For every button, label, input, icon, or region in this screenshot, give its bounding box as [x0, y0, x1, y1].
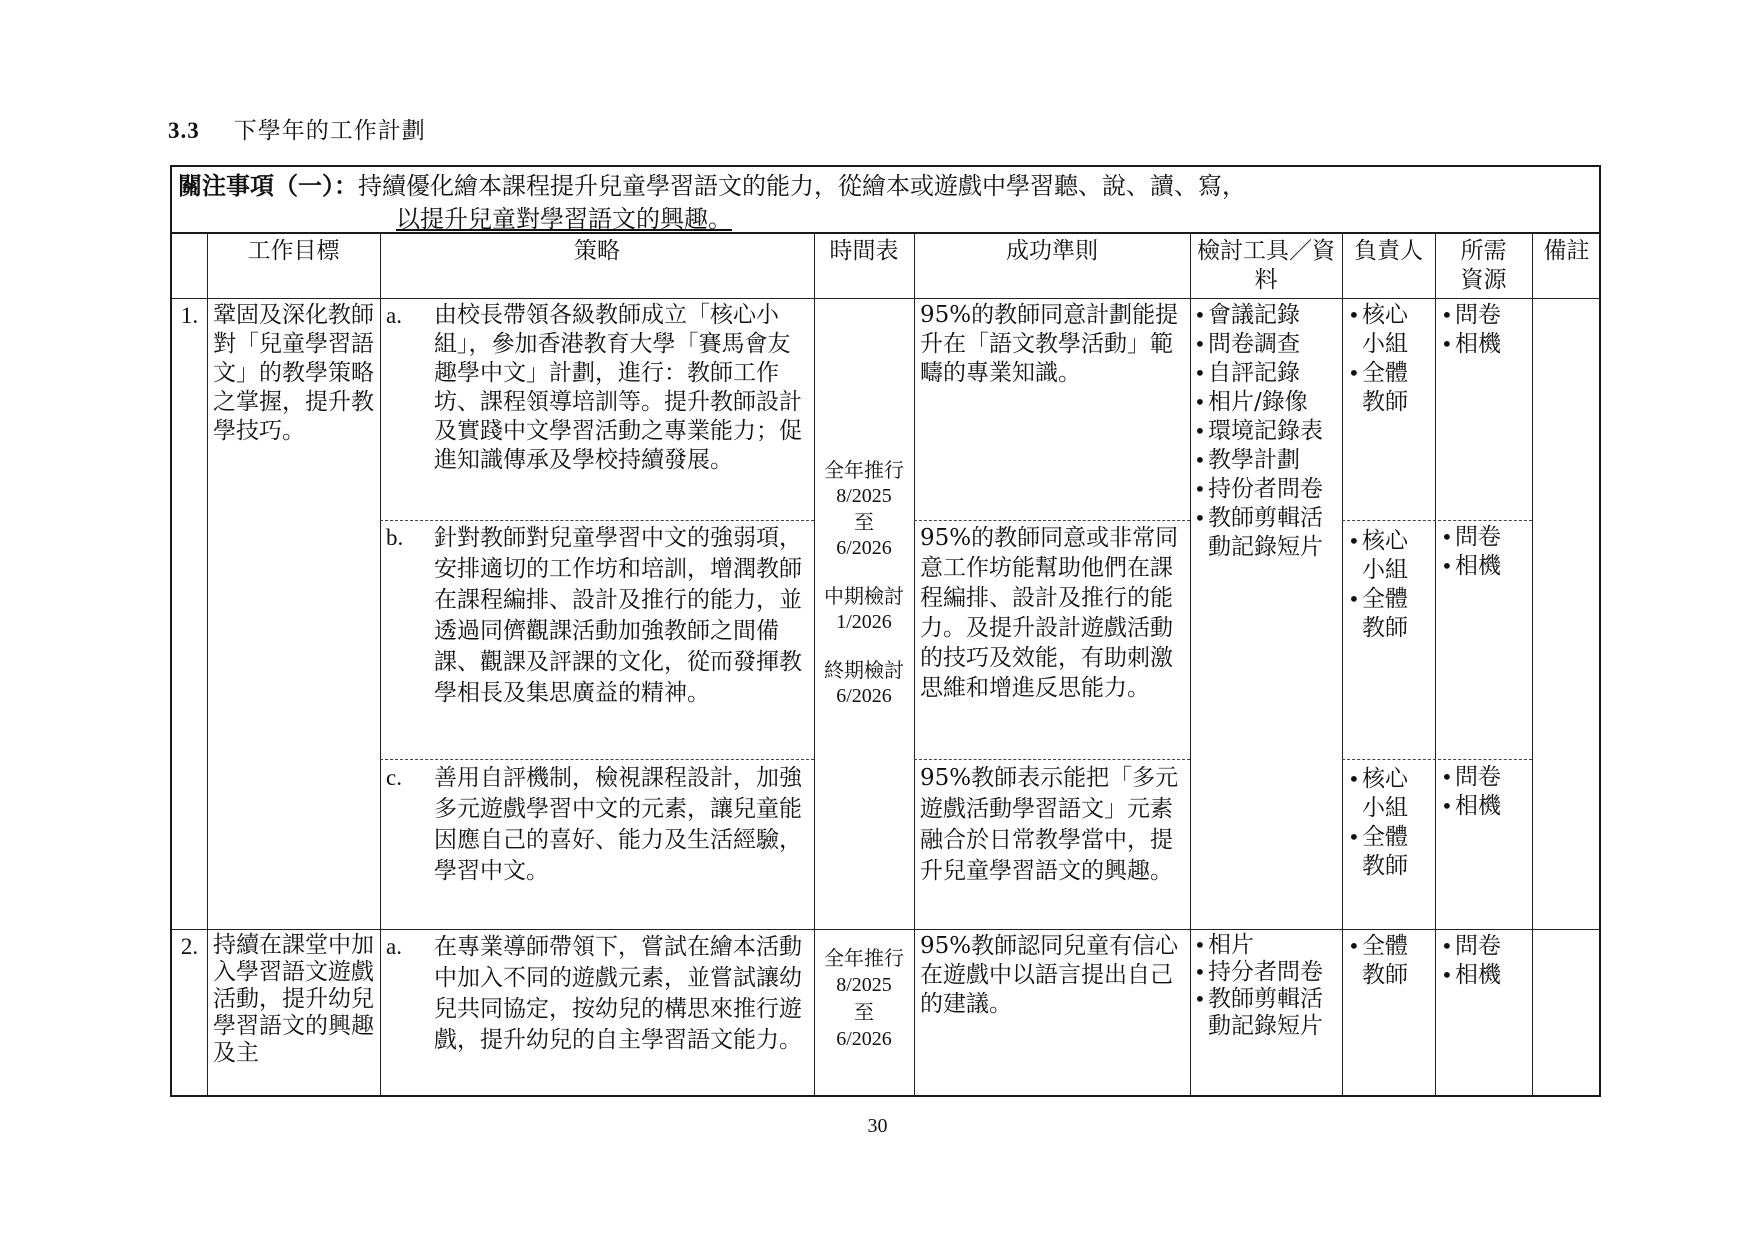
focus-item-line2: 以提升兒童對學習語文的興趣。 [396, 205, 732, 233]
tool-item: 問卷調查 [1194, 330, 1340, 359]
grid-line [1532, 234, 1533, 1097]
resource-item: 相機 [1441, 961, 1528, 990]
strategy-letter: c. [380, 763, 434, 887]
header-tools: 檢討工具／資料 [1190, 235, 1342, 298]
resources-cell: 問卷 相機 [1435, 301, 1532, 359]
header-resources: 所需資源 [1435, 235, 1532, 298]
tool-item: 相片/錄像 [1194, 388, 1340, 417]
resources-cell: 問卷 相機 [1435, 932, 1532, 990]
timeline-cell: 全年推行 8/2025 至 6/2026 [814, 945, 914, 1053]
header-goal: 工作目標 [207, 235, 380, 298]
success-criteria: 95%教師認同兒童有信心在遊戲中以語言提出自己的建議。 [914, 932, 1190, 1019]
strategy-item: b. 針對教師對兒童學習中文的強弱項，安排適切的工作坊和培訓，增潤教師在課程編排… [380, 523, 814, 709]
owner-cell: 核心小組 全體教師 [1342, 527, 1435, 643]
owner-cell: 核心小組 全體教師 [1342, 301, 1435, 417]
success-criteria: 95%教師表示能把「多元遊戲活動學習語文」元素融合於日常教學當中，提升兒童學習語… [914, 763, 1190, 887]
tool-item: 自評記錄 [1194, 359, 1340, 388]
owner-item: 全體教師 [1348, 359, 1421, 417]
tool-item: 教學計劃 [1194, 446, 1340, 475]
strategy-item: a. 在專業導師帶領下，嘗試在繪本活動中加入不同的遊戲元素，並嘗試讓幼兒共同協定… [380, 932, 814, 1056]
grid-line [914, 759, 1190, 760]
tool-item: 教師剪輯活動記錄短片 [1194, 504, 1340, 562]
timeline-end-date: 6/2026 [814, 1026, 914, 1053]
review-tools: 相片 持分者問卷 教師剪輯活動記錄短片 [1190, 932, 1342, 1040]
tool-item: 持份者問卷 [1194, 475, 1340, 504]
mid-review-label: 中期檢討 [814, 583, 914, 609]
owner-cell: 核心小組 全體教師 [1342, 765, 1435, 881]
success-criteria: 95%的教師同意或非常同意工作坊能幫助他們在課程編排、設計及推行的能力。及提升設… [914, 523, 1190, 703]
timeline-to: 至 [814, 509, 914, 535]
section-number: 3.3 [168, 118, 200, 143]
owner-item: 全體教師 [1348, 932, 1421, 990]
tool-item: 教師剪輯活動記錄短片 [1194, 986, 1340, 1040]
resource-item: 相機 [1441, 552, 1528, 581]
tool-item: 環境記錄表 [1194, 417, 1340, 446]
resources-cell: 問卷 相機 [1435, 763, 1532, 821]
grid-line [1342, 520, 1532, 521]
owner-cell: 全體教師 [1342, 932, 1435, 990]
grid-line [1342, 759, 1532, 760]
resource-item: 問卷 [1441, 763, 1528, 792]
final-review-label: 終期檢討 [814, 657, 914, 683]
row-index: 2. [172, 932, 207, 961]
timeline-label: 全年推行 [814, 945, 914, 972]
timeline-end-date: 6/2026 [814, 535, 914, 561]
resource-item: 問卷 [1441, 523, 1528, 552]
focus-item-label: 關注事項（一）： [178, 171, 358, 200]
header-owner: 負責人 [1342, 235, 1435, 298]
strategy-text: 針對教師對兒童學習中文的強弱項，安排適切的工作坊和培訓，增潤教師在課程編排、設計… [434, 523, 806, 709]
timeline-start-date: 8/2025 [814, 483, 914, 509]
section-title: 下學年的工作計劃 [234, 118, 426, 144]
tool-item: 持分者問卷 [1194, 959, 1340, 986]
strategy-letter: b. [380, 523, 434, 709]
owner-item: 核心小組 [1348, 765, 1421, 823]
strategy-text: 善用自評機制，檢視課程設計，加強多元遊戲學習中文的元素，讓兒童能因應自己的喜好、… [434, 763, 806, 887]
timeline-to: 至 [814, 999, 914, 1026]
strategy-text: 在專業導師帶領下，嘗試在繪本活動中加入不同的遊戲元素，並嘗試讓幼兒共同協定，按幼… [434, 932, 806, 1056]
strategy-item: c. 善用自評機制，檢視課程設計，加強多元遊戲學習中文的元素，讓兒童能因應自己的… [380, 763, 814, 887]
work-plan-table: 關注事項（一）：持續優化繪本課程提升兒童學習語文的能力，從繪本或遊戲中學習聽、說… [170, 165, 1601, 1097]
strategy-text: 由校長帶領各級教師成立「核心小組」，參加香港教育大學「賽馬會友趣學中文」計劃，進… [434, 301, 806, 475]
mid-review-date: 1/2026 [814, 609, 914, 635]
success-criteria: 95%的教師同意計劃能提升在「語文教學活動」範疇的專業知識。 [914, 301, 1190, 388]
timeline-cell: 全年推行 8/2025 至 6/2026 中期檢討 1/2026 終期檢討 6/… [814, 457, 914, 709]
grid-line [172, 298, 1601, 299]
timeline-start-date: 8/2025 [814, 972, 914, 999]
grid-line [172, 929, 1601, 930]
final-review-date: 6/2026 [814, 683, 914, 709]
page-number: 30 [0, 1115, 1755, 1138]
goal-text: 持續在課堂中加入學習語文遊戲活動，提升幼兒學習語文的興趣及主 [207, 932, 380, 1067]
section-heading: 3.3下學年的工作計劃 [168, 112, 426, 145]
review-tools: 會議記錄 問卷調查 自評記錄 相片/錄像 環境記錄表 教學計劃 持份者問卷 教師… [1190, 301, 1342, 562]
resource-item: 相機 [1441, 330, 1528, 359]
resource-item: 問卷 [1441, 301, 1528, 330]
owner-item: 全體教師 [1348, 823, 1421, 881]
focus-item-line1: 持續優化繪本課程提升兒童學習語文的能力，從繪本或遊戲中學習聽、說、讀、寫， [358, 172, 1246, 200]
strategy-letter: a. [380, 932, 434, 1056]
header-timeline: 時間表 [814, 235, 914, 298]
tool-item: 會議記錄 [1194, 301, 1340, 330]
header-criteria: 成功準則 [914, 235, 1190, 298]
resource-item: 問卷 [1441, 932, 1528, 961]
owner-item: 全體教師 [1348, 585, 1421, 643]
strategy-item: a. 由校長帶領各級教師成立「核心小組」，參加香港教育大學「賽馬會友趣學中文」計… [380, 301, 814, 475]
header-remarks: 備註 [1532, 235, 1601, 298]
resource-item: 相機 [1441, 792, 1528, 821]
header-strategy: 策略 [380, 235, 814, 298]
row-index: 1. [172, 301, 207, 330]
grid-line [380, 520, 814, 521]
focus-item-banner: 關注事項（一）：持續優化繪本課程提升兒童學習語文的能力，從繪本或遊戲中學習聽、說… [172, 167, 1599, 234]
timeline-label: 全年推行 [814, 457, 914, 483]
strategy-letter: a. [380, 301, 434, 475]
grid-line [380, 759, 814, 760]
goal-text: 鞏固及深化教師對「兒童學習語文」的教學策略之掌握，提升教學技巧。 [207, 301, 380, 446]
grid-line [914, 520, 1190, 521]
resources-cell: 問卷 相機 [1435, 523, 1532, 581]
tool-item: 相片 [1194, 932, 1340, 959]
owner-item: 核心小組 [1348, 527, 1421, 585]
owner-item: 核心小組 [1348, 301, 1421, 359]
